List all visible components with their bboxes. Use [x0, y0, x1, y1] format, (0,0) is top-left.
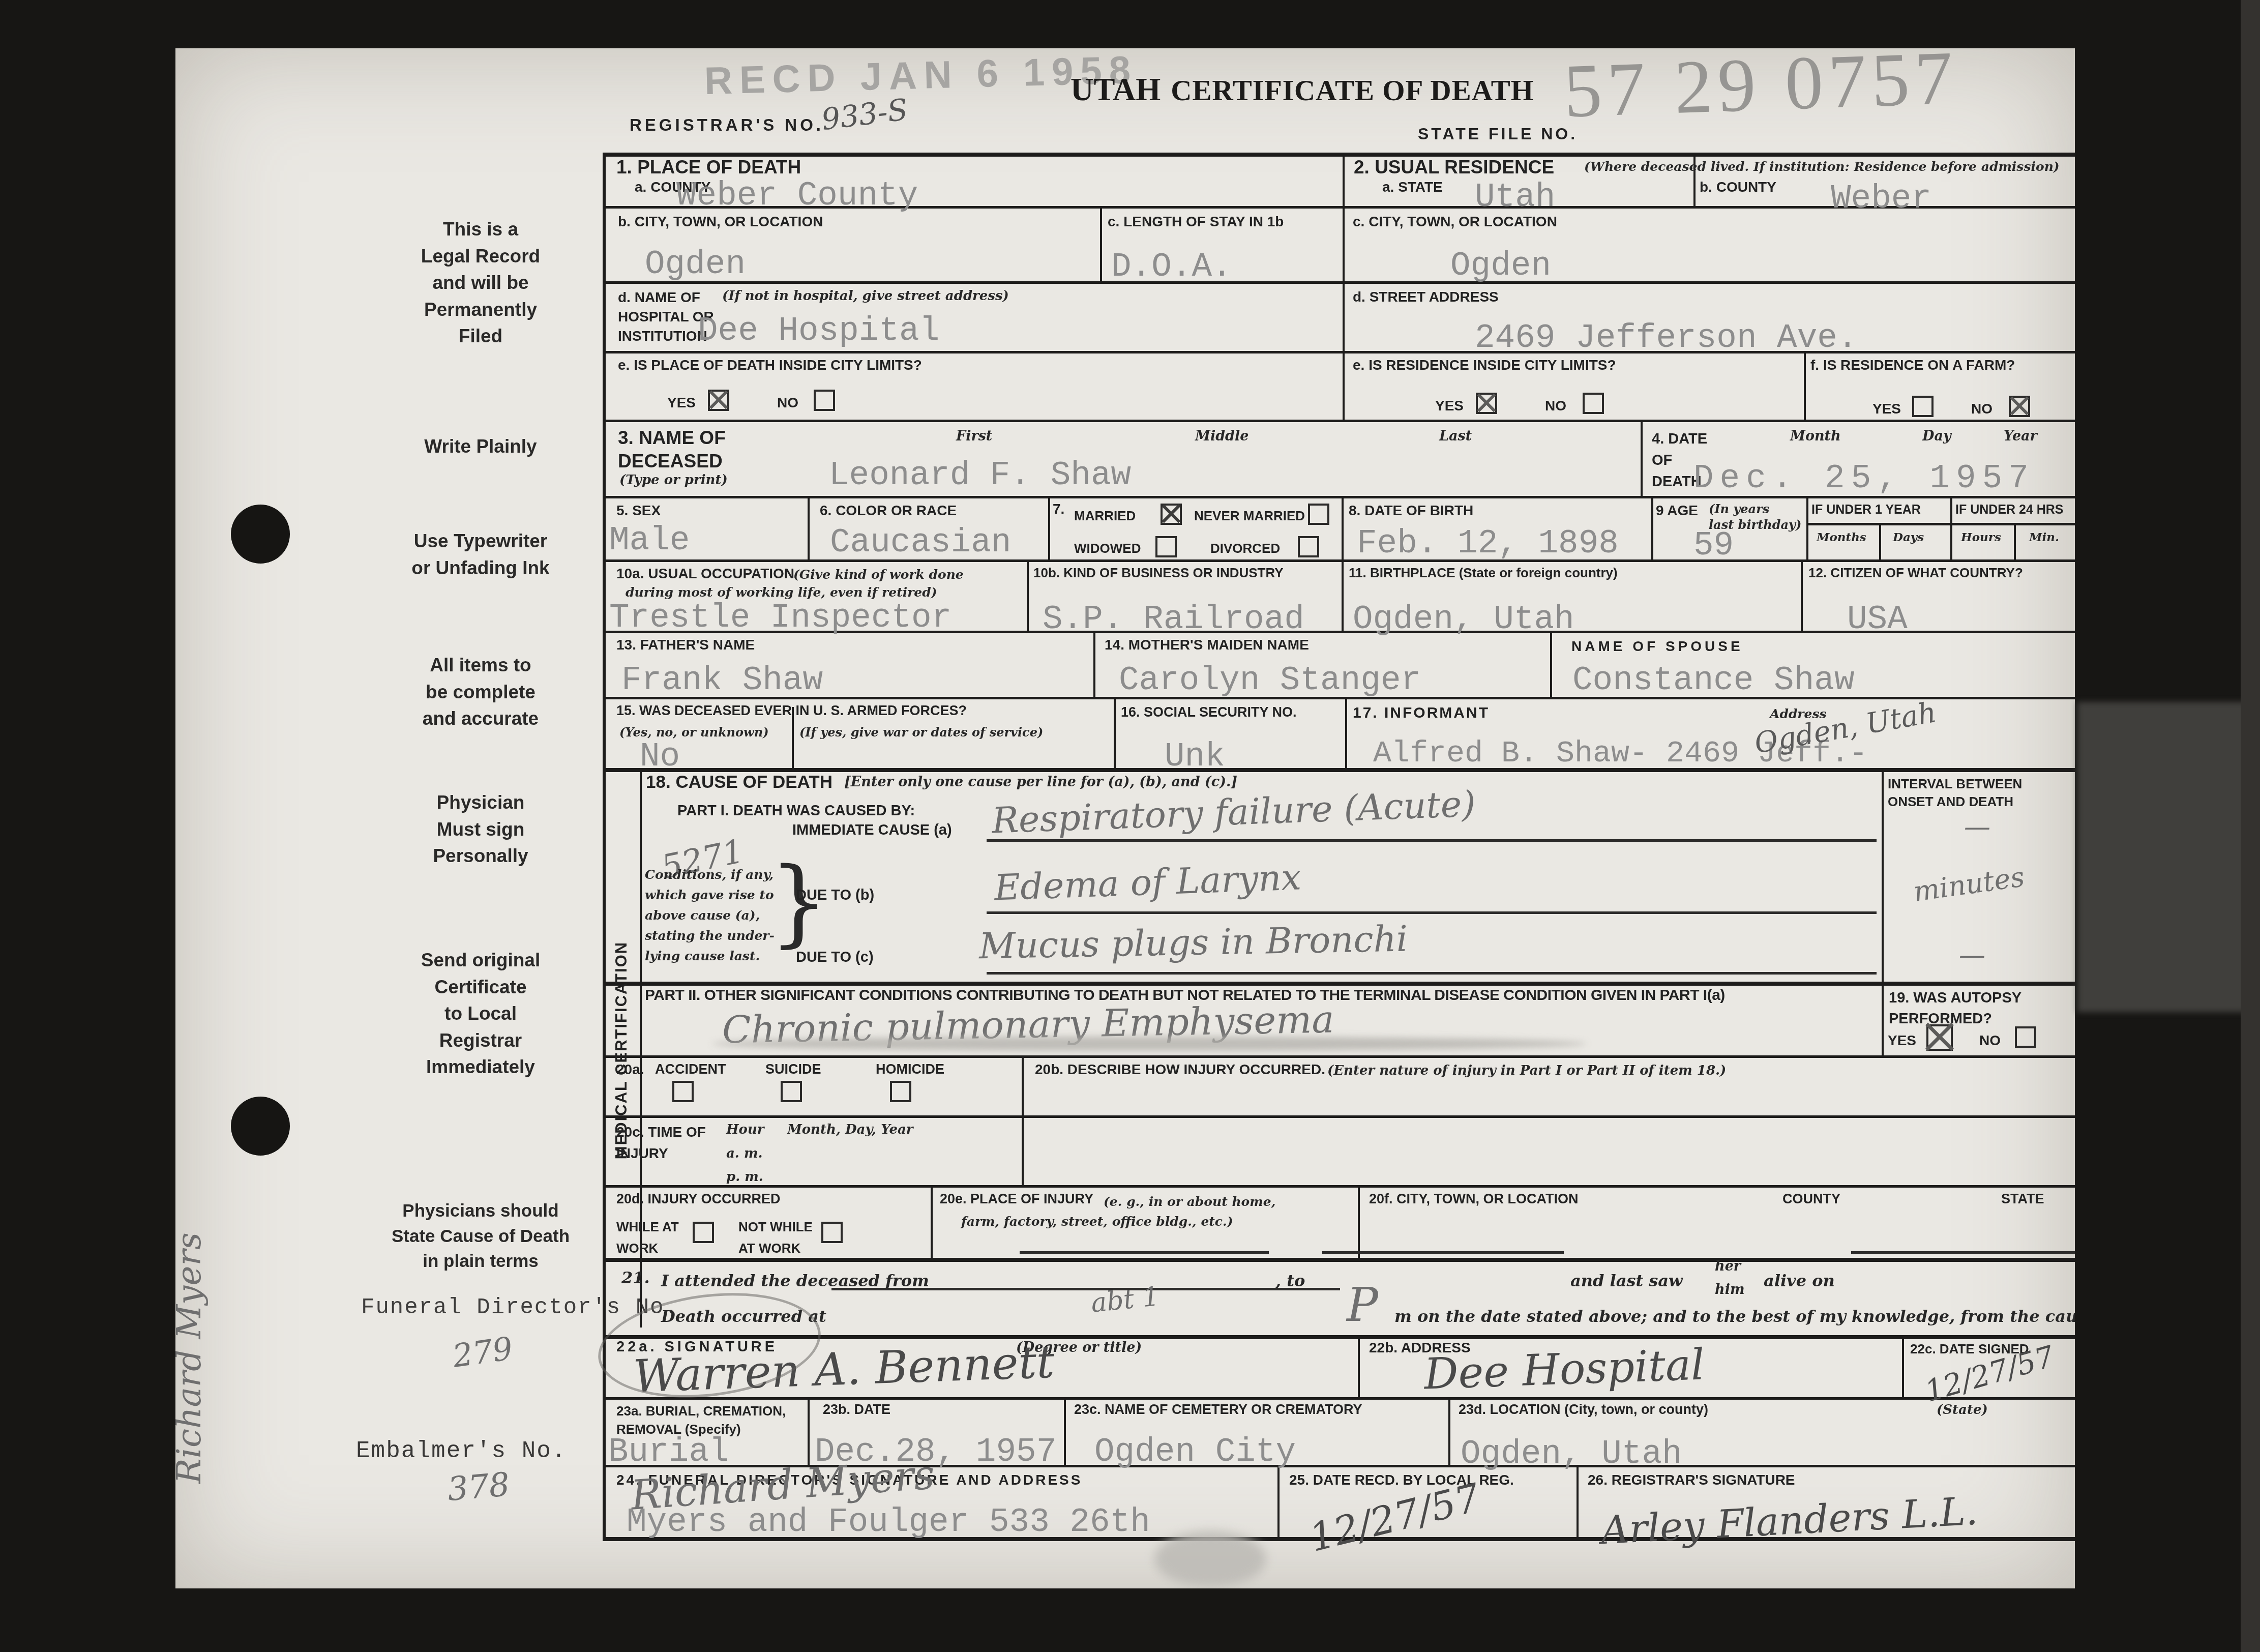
widowed-label: WIDOWED — [1074, 541, 1141, 556]
autopsy-no-label: NO — [1979, 1032, 2001, 1048]
autopsy-yes-label: YES — [1888, 1032, 1916, 1048]
pm-letter-hw: P — [1347, 1282, 1378, 1329]
name-middle-header: Middle — [1195, 427, 1248, 445]
res-limits-yes-checkbox — [1476, 393, 1497, 414]
place-limits-no-label: NO — [777, 395, 798, 410]
funeral-directors-no-value: 279 — [451, 1333, 515, 1372]
burial-location-label: 23d. LOCATION (City, town, or county) — [1459, 1402, 1708, 1417]
him-text: him — [1715, 1281, 1744, 1299]
dod-month-header: Month — [1790, 427, 1841, 445]
hour-header: Hour — [726, 1122, 764, 1139]
father-name-value: Frank Shaw — [621, 664, 823, 697]
last-saw-text: and last saw — [1570, 1271, 1683, 1292]
armed-forces-label: 15. WAS DECEASED EVER IN U. S. ARMED FOR… — [616, 703, 967, 718]
funeral-directors-no-label: Funeral Director's No. — [361, 1291, 600, 1324]
place-city-value: Ogden — [645, 248, 746, 281]
married-checkbox — [1161, 504, 1182, 525]
am-label: a. m. — [726, 1145, 763, 1163]
autopsy-label: 19. WAS AUTOPSY PERFORMED? — [1889, 988, 2021, 1029]
divorced-checkbox — [1298, 536, 1319, 557]
res-limits-no-checkbox — [1583, 393, 1604, 414]
residence-city-value: Ogden — [1450, 249, 1551, 283]
item-20a-number: 20a. — [616, 1061, 644, 1077]
place-limits-yes-label: YES — [667, 395, 696, 410]
dod-day-header: Day — [1922, 427, 1951, 445]
side-signature-richard-myers: Richard Myers — [172, 1232, 206, 1484]
occupation-note: (Give kind of work done during most of w… — [626, 566, 964, 601]
dob-value: Feb. 12, 1898 — [1357, 527, 1619, 560]
hole-punch-bottom — [231, 1097, 290, 1156]
birthplace-label: 11. BIRTHPLACE (State or foreign country… — [1349, 566, 1618, 580]
describe-injury-label: 20b. DESCRIBE HOW INJURY OCCURRED. — [1035, 1061, 1325, 1077]
farm-yes-checkbox — [1912, 396, 1934, 417]
hours-header: Hours — [1961, 530, 2001, 545]
divorced-label: DIVORCED — [1210, 541, 1280, 556]
residence-state-value: Utah — [1475, 181, 1555, 214]
spouse-value: Constance Shaw — [1572, 664, 1855, 697]
place-county-value: Weber County — [676, 179, 918, 213]
scan-border-left — [0, 0, 175, 1652]
mdy-header: Month, Day, Year — [787, 1122, 913, 1139]
burial-location-value: Ogden, Utah — [1461, 1437, 1682, 1471]
margin-send-original: Send original Certificate to Local Regis… — [361, 947, 600, 1081]
birthplace-value: Ogden, Utah — [1353, 603, 1574, 636]
place-city-limits-label: e. IS PLACE OF DEATH INSIDE CITY LIMITS? — [618, 357, 922, 373]
name-first-header: First — [956, 427, 992, 445]
certificate-title: UTAHCERTIFICATE OF DEATH — [1070, 71, 1534, 108]
while-at-work-label: WHILE AT WORK — [616, 1217, 679, 1259]
res-farm-label: f. IS RESIDENCE ON A FARM? — [1810, 357, 2015, 373]
cemetery-value: Ogden City — [1094, 1435, 1296, 1469]
item-21-number: 21. — [621, 1267, 650, 1289]
never-married-label: NEVER MARRIED — [1194, 509, 1305, 523]
ssn-value: Unk — [1165, 740, 1225, 774]
scanned-death-certificate: This is a Legal Record and will be Perma… — [0, 0, 2260, 1652]
alive-on-text: alive on — [1764, 1271, 1835, 1292]
immediate-cause-label: IMMEDIATE CAUSE (a) — [792, 822, 952, 838]
farm-no-checkbox — [2009, 396, 2030, 417]
suicide-checkbox — [781, 1081, 802, 1102]
registrar-signature-label: 26. REGISTRAR'S SIGNATURE — [1588, 1472, 1795, 1488]
while-at-work-checkbox — [693, 1222, 714, 1243]
sex-label: 5. SEX — [616, 503, 661, 518]
under-1-year-label: IF UNDER 1 YEAR — [1811, 503, 1921, 517]
name-last-header: Last — [1439, 427, 1472, 445]
industry-label: 10b. KIND OF BUSINESS OR INDUSTRY — [1033, 566, 1284, 580]
burial-date-label: 23b. DATE — [823, 1402, 890, 1417]
days-header: Days — [1893, 530, 1924, 545]
mother-name-value: Carolyn Stanger — [1119, 664, 1421, 697]
occupation-value: Trestle Inspector — [609, 601, 951, 635]
due-to-b-label: DUE TO (b) — [796, 887, 874, 903]
death-statement-tail: m on the date stated above; and to the b… — [1394, 1306, 2174, 1327]
describe-injury-note: (Enter nature of injury in Part I or Par… — [1327, 1063, 1726, 1080]
not-while-at-work-label: NOT WHILE AT WORK — [738, 1217, 813, 1259]
place-of-injury-note: (e. g., in or about home, farm, factory,… — [961, 1192, 1275, 1232]
interval-header: INTERVAL BETWEEN ONSET AND DEATH — [1888, 775, 2022, 811]
date-recd-label: 25. DATE RECD. BY LOCAL REG. — [1289, 1472, 1514, 1488]
embalmers-no-value: 378 — [446, 1468, 511, 1506]
under-24-hrs-label: IF UNDER 24 HRS — [1955, 503, 2064, 517]
residence-county-value: Weber — [1831, 182, 1931, 216]
usual-residence-title: 2. USUAL RESIDENCE — [1354, 157, 1554, 178]
interval-c-value: — — [1959, 942, 1985, 968]
res-limits-yes-label: YES — [1435, 398, 1464, 414]
armed-forces-value: No — [640, 740, 680, 774]
due-to-c-label: DUE TO (c) — [796, 949, 874, 965]
farm-no-label: NO — [1971, 401, 1993, 417]
scan-right-edge-strip — [2241, 0, 2260, 1652]
place-limits-no-checkbox — [814, 390, 835, 411]
interval-a-value: — — [1964, 814, 1990, 840]
father-name-label: 13. FATHER'S NAME — [616, 637, 755, 653]
citizen-value: USA — [1847, 603, 1908, 636]
name-of-deceased-label: 3. NAME OF DECEASED — [618, 426, 726, 474]
length-of-stay-value: D.O.A. — [1111, 250, 1232, 284]
place-of-death-title: 1. PLACE OF DEATH — [616, 157, 801, 178]
months-header: Months — [1817, 530, 1866, 545]
accident-checkbox — [672, 1081, 694, 1102]
sex-value: Male — [609, 524, 690, 557]
title-main: CERTIFICATE OF DEATH — [1171, 75, 1534, 107]
injury-city-label: 20f. CITY, TOWN, OR LOCATION — [1369, 1191, 1579, 1206]
homicide-label: HOMICIDE — [876, 1061, 944, 1077]
married-label: MARRIED — [1074, 509, 1136, 523]
not-while-at-work-checkbox — [821, 1222, 843, 1243]
usual-residence-note: (Where deceased lived. If institution: R… — [1584, 159, 2060, 175]
autopsy-no-checkbox — [2015, 1026, 2036, 1048]
citizen-label: 12. CITIZEN OF WHAT COUNTRY? — [1808, 566, 2023, 580]
her-text: her — [1715, 1257, 1741, 1275]
street-address-value: 2469 Jefferson Ave. — [1475, 321, 1858, 355]
embalmers-no-label: Embalmer's No. — [356, 1439, 567, 1463]
never-married-checkbox — [1308, 504, 1329, 525]
funeral-director-typed: Myers and Foulger 533 26th — [627, 1506, 1150, 1539]
homicide-checkbox — [890, 1081, 911, 1102]
scan-border-bottom — [0, 1588, 2260, 1652]
margin-write-plainly: Write Plainly — [361, 433, 600, 460]
spouse-label: NAME OF SPOUSE — [1571, 638, 1743, 654]
state-file-number-stamp: 57 29 0757 — [1562, 34, 1959, 135]
min-header: Min. — [2029, 530, 2059, 545]
cause-note: [Enter only one cause per line for (a), … — [844, 773, 1237, 791]
death-time-hw: abt 1 — [1090, 1283, 1161, 1317]
margin-plain-terms: Physicians should State Cause of Death i… — [351, 1198, 610, 1274]
hospital-note: (If not in hospital, give street address… — [722, 288, 1009, 305]
dob-label: 8. DATE OF BIRTH — [1349, 503, 1473, 518]
hospital-value: Dee Hospital — [698, 314, 939, 348]
injury-county-label: COUNTY — [1782, 1191, 1840, 1206]
street-address-label: d. STREET ADDRESS — [1353, 289, 1499, 305]
dod-year-header: Year — [2004, 427, 2037, 445]
accident-label: ACCIDENT — [655, 1061, 726, 1077]
hole-punch-top — [231, 505, 290, 564]
registrars-no-label: REGISTRAR'S NO. — [630, 116, 824, 135]
stain-bottom — [1154, 1531, 1266, 1587]
cause-of-death-title: 18. CAUSE OF DEATH — [646, 772, 832, 792]
industry-value: S.P. Railroad — [1043, 603, 1304, 636]
informant-label: 17. INFORMANT — [1353, 704, 1490, 722]
widowed-checkbox — [1155, 536, 1177, 557]
margin-use-typewriter: Use Typewriter or Unfading Ink — [361, 528, 600, 581]
injury-occurred-label: 20d. INJURY OCCURRED — [616, 1191, 781, 1206]
pm-label: p. m. — [726, 1169, 763, 1186]
sig-address-value: Dee Hospital — [1423, 1343, 1705, 1395]
burial-location-state-note: (State) — [1937, 1402, 1988, 1419]
res-limits-no-label: NO — [1545, 398, 1566, 414]
type-or-print-note: (Type or print) — [619, 472, 728, 489]
cemetery-label: 23c. NAME OF CEMETERY OR CREMATORY — [1074, 1402, 1362, 1417]
res-city-limits-label: e. IS RESIDENCE INSIDE CITY LIMITS? — [1353, 357, 1616, 373]
suicide-label: SUICIDE — [765, 1061, 821, 1077]
residence-city-label: c. CITY, TOWN, OR LOCATION — [1353, 214, 1557, 229]
length-of-stay-label: c. LENGTH OF STAY IN 1b — [1108, 214, 1284, 229]
margin-physician-sign: Physician Must sign Personally — [361, 789, 600, 870]
age-label: 9 AGE — [1656, 503, 1698, 518]
armed-forces-note2: (If yes, give war or dates of service) — [799, 724, 1043, 740]
title-state: UTAH — [1070, 72, 1161, 107]
mother-name-label: 14. MOTHER'S MAIDEN NAME — [1105, 637, 1309, 653]
margin-legal-record: This is a Legal Record and will be Perma… — [361, 216, 600, 350]
conditions-note: Conditions, if any, which gave rise to a… — [645, 865, 775, 966]
time-of-injury-label: 20c. TIME OF INJURY — [616, 1122, 706, 1164]
farm-yes-label: YES — [1872, 401, 1901, 417]
age-value: 59 — [1693, 529, 1734, 563]
place-limits-yes-checkbox — [708, 390, 729, 411]
injury-state-label: STATE — [2001, 1191, 2044, 1206]
deceased-name-value: Leonard F. Shaw — [829, 459, 1131, 492]
burial-value: Burial — [608, 1435, 729, 1469]
marital-item-number: 7. — [1053, 501, 1064, 517]
place-city-label: b. CITY, TOWN, OR LOCATION — [618, 214, 823, 229]
part1-label: PART I. DEATH WAS CAUSED BY: — [677, 803, 915, 819]
race-value: Caucasian — [830, 526, 1011, 559]
scan-right-gray-patch — [2077, 702, 2260, 1012]
ssn-label: 16. SOCIAL SECURITY NO. — [1121, 704, 1297, 720]
date-of-death-value: Dec. 25, 1957 — [1693, 462, 2035, 495]
margin-all-items: All items to be complete and accurate — [361, 652, 600, 732]
autopsy-yes-checkbox — [1926, 1024, 1953, 1051]
residence-county-label: b. COUNTY — [1700, 179, 1776, 195]
residence-state-label: a. STATE — [1382, 179, 1443, 195]
race-label: 6. COLOR OR RACE — [820, 503, 957, 518]
scan-border-top — [0, 0, 2260, 48]
smudge-part2 — [712, 1037, 1587, 1051]
state-file-no-label: STATE FILE NO. — [1418, 125, 1578, 143]
